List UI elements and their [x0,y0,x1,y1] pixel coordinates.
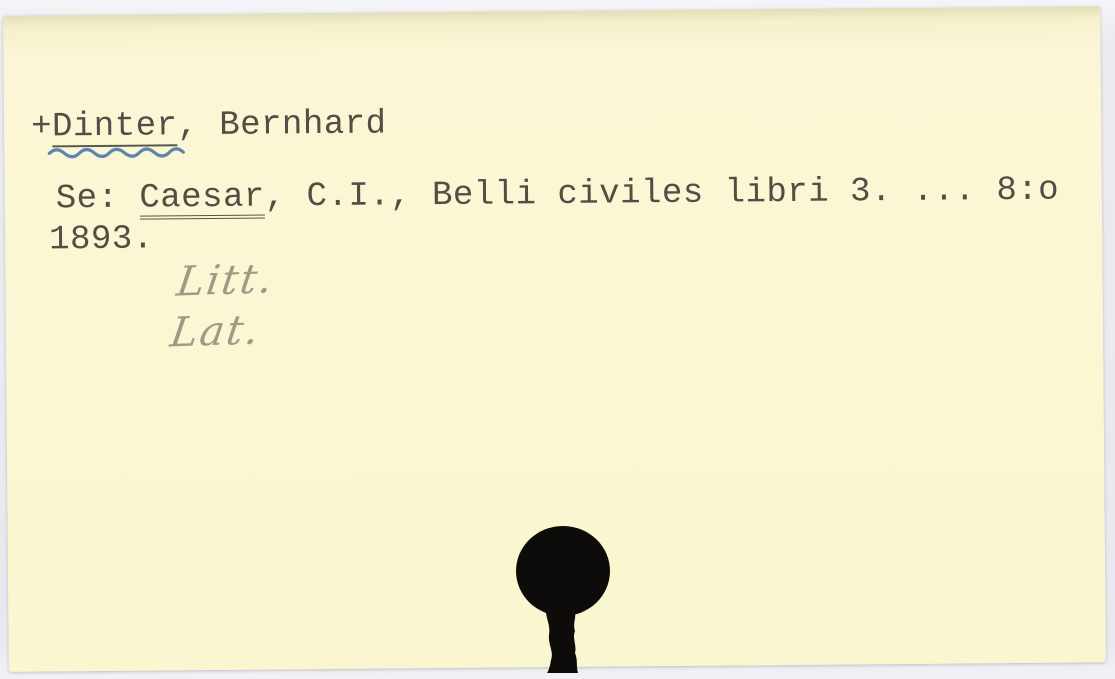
reference-prefix: Se: [56,180,140,219]
year-line: 1893. [49,222,154,257]
handwritten-note-litt: Litt. [174,258,277,302]
hole-punch-icon [500,518,630,678]
catalog-card-scan: +Dinter, Bernhard Se: Caesar, C.I., Bell… [0,0,1115,679]
heading-suffix: , Bernhard [177,105,386,145]
heading-prefix: + [31,108,52,146]
reference-name: Caesar [139,179,265,218]
heading-name-underlined: Dinter [52,109,178,147]
reference-line: Se: Caesar, C.I., Belli civiles libri 3.… [56,174,1060,221]
reference-name-underlined: Caesar [139,181,265,220]
reference-suffix: , C.I., Belli civiles libri 3. ... 8:o [265,172,1060,217]
heading-line: +Dinter, Bernhard [31,107,387,147]
wavy-underline-icon [47,144,185,157]
handwritten-note-lat: Lat. [168,309,263,353]
heading-name: Dinter [52,107,178,146]
